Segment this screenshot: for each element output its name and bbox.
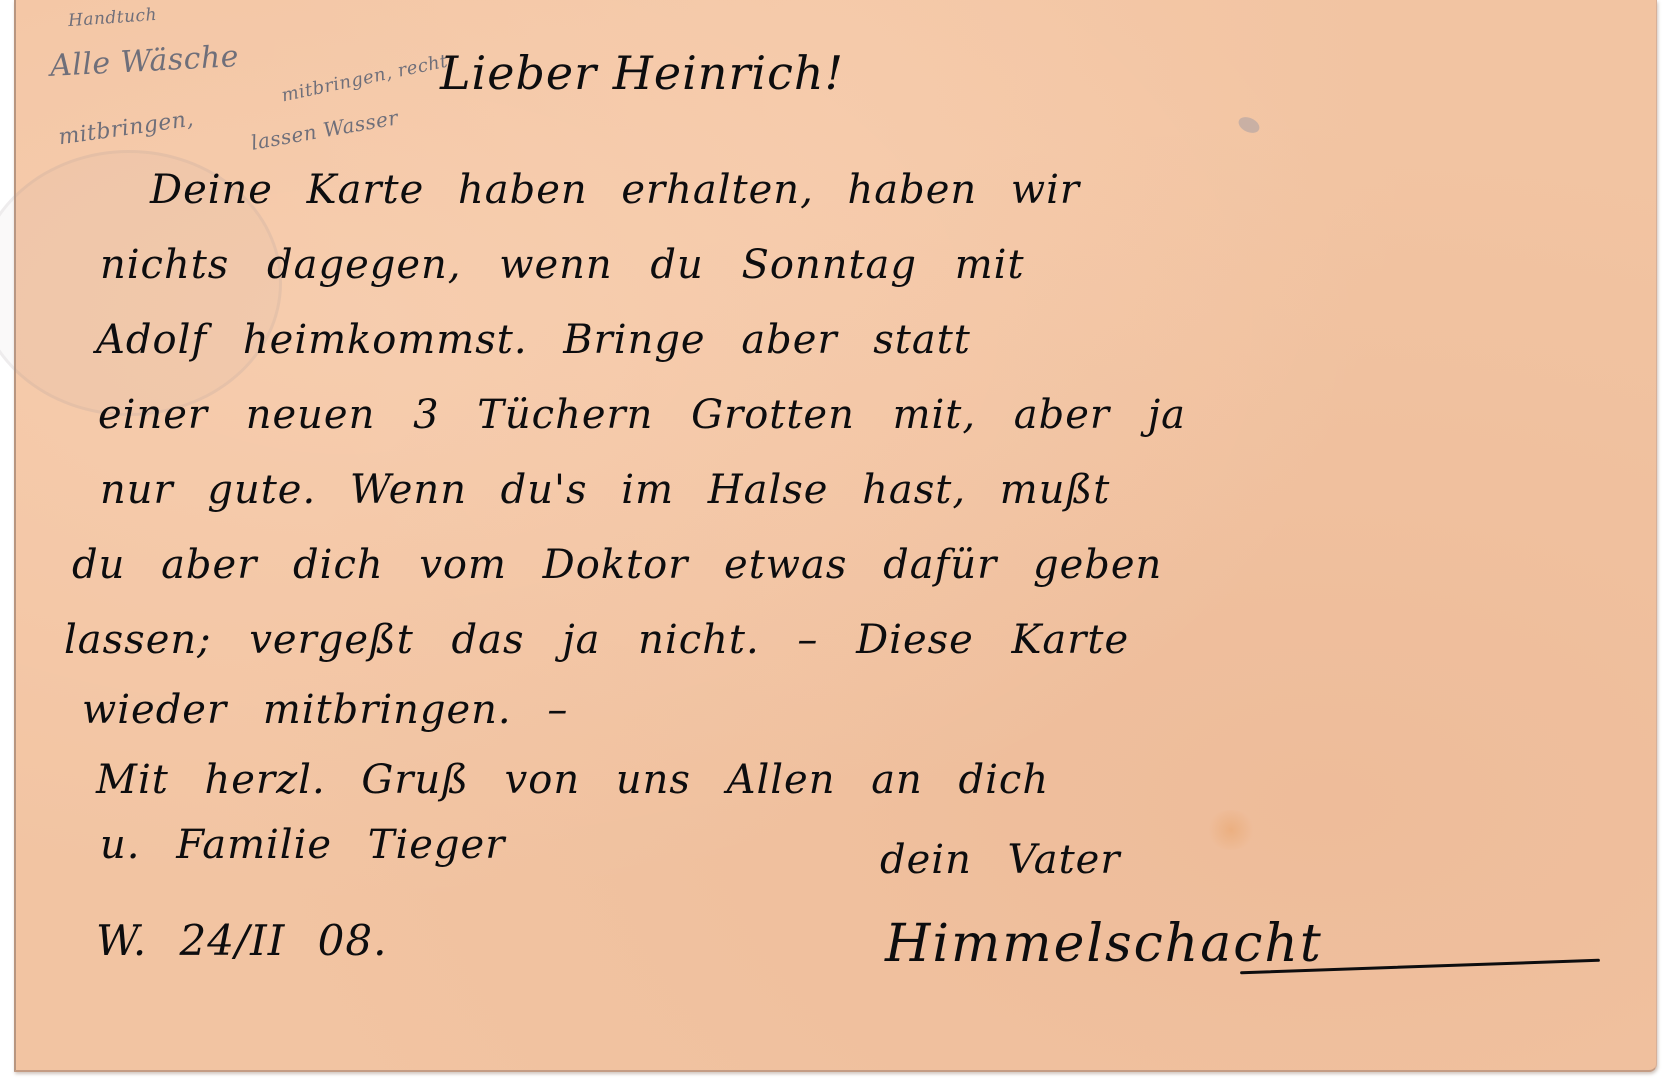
letter-line: einer neuen 3 Tüchern Grotten mit, aber … — [98, 395, 1186, 435]
letter-line: Deine Karte haben erhalten, haben wir — [150, 170, 1080, 210]
letter-line: du aber dich vom Doktor etwas dafür gebe… — [72, 545, 1162, 585]
letter-line: lassen; vergeßt das ja nicht. – Diese Ka… — [64, 620, 1129, 660]
letter-line: nur gute. Wenn du's im Halse hast, mußt — [100, 470, 1110, 510]
greeting-line: Mit herzl. Gruß von uns Allen an dich — [96, 760, 1049, 800]
date: W. 24/II 08. — [96, 920, 387, 962]
signature: Himmelschacht — [885, 918, 1323, 970]
letter-line: Adolf heimkommst. Bringe aber statt — [96, 320, 971, 360]
closing: dein Vater — [880, 840, 1120, 880]
letter-line: wieder mitbringen. – — [82, 690, 568, 730]
letter-body: Lieber Heinrich! Deine Karte haben erhal… — [0, 0, 1667, 1079]
salutation: Lieber Heinrich! — [440, 50, 844, 96]
greeting-line: u. Familie Tieger — [100, 825, 505, 865]
letter-line: nichts dagegen, wenn du Sonntag mit — [100, 245, 1025, 285]
